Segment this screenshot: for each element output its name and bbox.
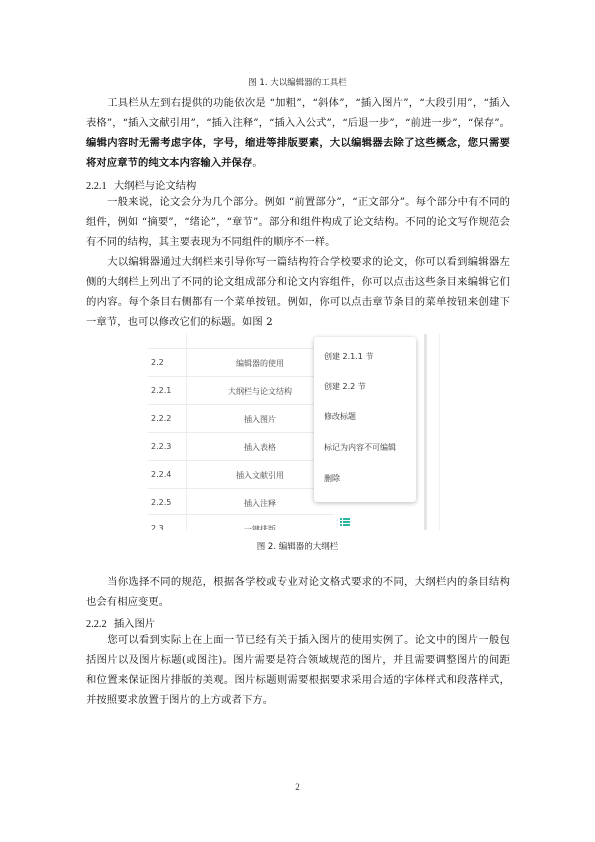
- outline-row-title: 插入图片: [186, 414, 334, 425]
- menu-item-create-2-1-1[interactable]: 创建 2.1.1 节: [324, 351, 373, 362]
- outline-row-title: 插入表格: [186, 442, 334, 453]
- outline-row-title: 一键排版: [186, 524, 334, 530]
- outline-guide-paragraph: 大以编辑器通过大纲栏来引导你写一篇结构符合学校要求的论文，你可以看到编辑器左侧的…: [86, 252, 510, 332]
- section-number: 2.2.2: [86, 619, 107, 630]
- outline-row-number: 2.2.3: [151, 442, 171, 451]
- standard-change-paragraph: 当你选择不同的规范，根据各学校或专业对论文格式要求的不同，大纲栏内的条目结构也会…: [86, 572, 510, 612]
- document-page: 图 1. 大以编辑器的工具栏 工具栏从左到右提供的功能依次是 “加粗”，“斜体”…: [0, 0, 595, 842]
- outline-row[interactable]: 2.2.3 插入表格: [148, 432, 334, 461]
- figure-2-caption: 图 2. 编辑器的大纲栏: [0, 540, 595, 552]
- outline-row-number: 2.2.5: [151, 498, 171, 507]
- toolbar-description-text: 工具栏从左到右提供的功能依次是 “加粗”，“斜体”，“插入图片”，“大段引用”，…: [86, 97, 510, 129]
- outline-row[interactable]: 2.2.2 插入图片: [148, 404, 334, 433]
- paragraph-text: 您可以看到实际上在上面一节已经有关于插入图片的使用实例了。论文中的图片一般包括图…: [86, 634, 510, 706]
- section-title: 大纲栏与论文结构: [114, 180, 196, 192]
- outline-figure: 2.2 编辑器的使用 2.2.1 大纲栏与论文结构 2.2.2 插入图片 2.2…: [148, 334, 448, 530]
- menu-item-create-2-2[interactable]: 创建 2.2 节: [324, 381, 366, 392]
- outline-row-title: 编辑器的使用: [186, 358, 334, 369]
- paragraph-text: 大以编辑器通过大纲栏来引导你写一篇结构符合学校要求的论文，你可以看到编辑器左侧的…: [86, 256, 510, 328]
- outline-structure-paragraph: 一般来说，论文会分为几个部分。例如 “前置部分”，“正文部分”。每个部分中有不同…: [86, 192, 510, 252]
- sentence-end: 。: [252, 157, 262, 169]
- outline-row-number: 2.2.1: [151, 386, 171, 395]
- scrollbar[interactable]: [424, 334, 427, 530]
- outline-row-number: 2.2.4: [151, 470, 171, 479]
- paragraph-text: 一般来说，论文会分为几个部分。例如 “前置部分”，“正文部分”。每个部分中有不同…: [86, 196, 510, 248]
- menu-item-delete[interactable]: 删除: [324, 473, 340, 484]
- outline-row-title: 大纲栏与论文结构: [186, 386, 334, 397]
- paragraph-text: 当你选择不同的规范，根据各学校或专业对论文格式要求的不同，大纲栏内的条目结构也会…: [86, 576, 510, 608]
- outline-row-title: 插入注释: [186, 498, 334, 509]
- menu-item-mark-readonly[interactable]: 标记为内容不可编辑: [324, 442, 396, 453]
- section-number: 2.2.1: [86, 181, 107, 192]
- outline-row[interactable]: 2.2.5 插入注释: [148, 488, 334, 517]
- outline-row-number: 2.3: [151, 524, 164, 530]
- outline-row-title: 插入文献引用: [186, 470, 334, 481]
- outline-row[interactable]: 2.2 编辑器的使用: [148, 348, 334, 377]
- section-title: 插入图片: [114, 618, 155, 630]
- insert-image-paragraph: 您可以看到实际上在上面一节已经有关于插入图片的使用实例了。论文中的图片一般包括图…: [86, 630, 510, 710]
- toolbar-description-paragraph: 工具栏从左到右提供的功能依次是 “加粗”，“斜体”，“插入图片”，“大段引用”，…: [86, 93, 510, 173]
- menu-item-rename[interactable]: 修改标题: [324, 411, 356, 422]
- page-number: 2: [0, 782, 595, 792]
- figure-1-caption: 图 1. 大以编辑器的工具栏: [0, 76, 595, 88]
- context-menu: 创建 2.1.1 节 创建 2.2 节 修改标题 标记为内容不可编辑 删除: [314, 337, 416, 502]
- outline-row-number: 2.2.2: [151, 414, 171, 423]
- outline-row[interactable]: 2.2.4 插入文献引用: [148, 460, 334, 489]
- toolbar-description-bold-text: 编辑内容时无需考虑字体，字号，缩进等排版要素，大以编辑器去除了这些概念，您只需要…: [86, 137, 510, 169]
- outline-row-number: 2.2: [151, 358, 164, 367]
- outline-row[interactable]: 2.3 一键排版: [148, 514, 334, 530]
- outline-row[interactable]: 2.2.1 大纲栏与论文结构: [148, 376, 334, 405]
- panel-border: [439, 334, 440, 530]
- list-menu-icon[interactable]: [340, 518, 350, 526]
